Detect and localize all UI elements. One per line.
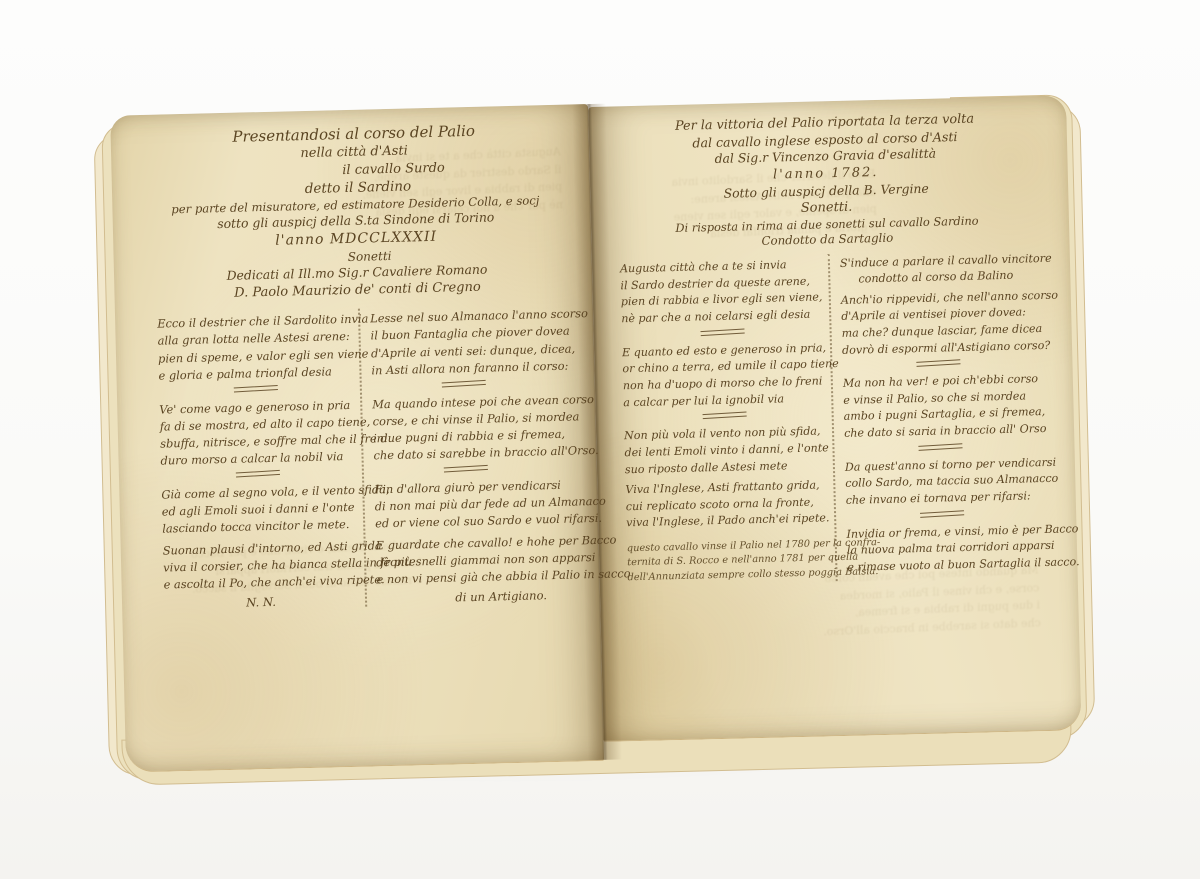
stanza: Lesse nel suo Almanaco l'anno scorsoil b… <box>370 306 556 379</box>
left-page-column-1: Ecco il destrier che il Sardolito inviaa… <box>155 309 365 611</box>
text-line: ed or viene col suo Sardo e vuol rifarsi… <box>375 511 559 533</box>
left-page-columns: Ecco il destrier che il Sardolito inviaa… <box>155 304 568 611</box>
stanza: Invidia or frema, e vinsi, mio è per Bac… <box>846 522 1038 577</box>
stanza-separator <box>700 328 744 336</box>
text-line: che dato si sarebbe in braccio all'Orso. <box>373 443 557 465</box>
text-line: nè par che a noi celarsi egli desia <box>621 306 822 328</box>
text-line: e non vi pensi già che abbia il Palio in… <box>376 567 560 589</box>
stanza: Fin d'allora giurò per vendicarsidi non … <box>374 477 559 533</box>
stanza: Non più vola il vento non più sfida,dei … <box>624 424 826 479</box>
left-page-column-2: Lesse nel suo Almanaco l'anno scorsoil b… <box>358 304 568 606</box>
text-line: condotto al corso da Balino <box>840 268 1031 289</box>
stanza-separator <box>702 412 746 420</box>
stanza: Ecco il destrier che il Sardolito inviaa… <box>157 311 353 384</box>
stanza-separator <box>919 510 963 518</box>
left-page-text: Presentandosi al corso del Palio nella c… <box>150 119 568 612</box>
stanza: Da quest'anno si torno per vendicarsicol… <box>845 455 1037 510</box>
text-line: lasciando tocca vincitor le mete. <box>162 516 356 538</box>
text-line: e ascolta il Po, che anch'ei viva ripete… <box>163 572 357 594</box>
right-page-text: Per la vittoria del Palio riportata la t… <box>614 109 1045 586</box>
text-line: viva l'Inglese, il Pado anch'ei ripete. <box>626 511 827 533</box>
stanza: E quanto ed esto e generoso in pria,or c… <box>622 340 825 411</box>
stanza: Ma quando intese poi che avean corsocors… <box>372 392 558 465</box>
stanza: Viva l'Inglese, Asti frattanto grida,cui… <box>625 478 827 533</box>
text-line: che dato si saria in braccio all' Orso <box>844 421 1035 442</box>
text-line: in Asti allora non faranno il corso: <box>371 358 555 380</box>
text-line: duro morso a calcar la nobil via <box>160 448 354 470</box>
stanza-separator <box>236 470 280 478</box>
stanza-separator <box>918 443 962 451</box>
stanza-separator <box>444 465 488 473</box>
stanza-separator <box>916 359 960 367</box>
open-manuscript-book: Augusta città che a te si inviail Sardo … <box>110 92 1078 771</box>
right-page-columns: Augusta città che a te si inviail Sardo … <box>618 249 1046 586</box>
text-line: che invano ei tornava per rifarsi: <box>846 488 1037 509</box>
stanza: E guardate che cavallo! e hohe per Bacco… <box>375 532 560 588</box>
stanza-separator <box>234 385 278 393</box>
column-header: S'induce a parlare il cavallo vincitorec… <box>840 251 1032 288</box>
manuscript-footnote: questo cavallo vinse il Palio nel 1780 p… <box>627 537 829 585</box>
stanza: Ma non ha ver! e poi ch'ebbi corsoe vins… <box>843 371 1036 442</box>
stanza-separator <box>442 380 486 388</box>
stanza: Augusta città che a te si inviail Sardo … <box>620 257 823 328</box>
stanza: Già come al segno vola, e il vento sfida… <box>161 482 356 538</box>
right-page-column-2: S'induce a parlare il cavallo vincitorec… <box>828 249 1046 580</box>
stanza: Anch'io rippevidi, che nell'anno scorsod… <box>841 288 1034 359</box>
stanza: Ve' come vago e generoso in priafa di se… <box>159 397 355 470</box>
photograph-background: Augusta città che a te si inviail Sardo … <box>0 0 1200 879</box>
stanza: Suonan plausi d'intorno, ed Asti gridavi… <box>163 537 358 593</box>
right-page-column-1: Augusta città che a te si inviail Sardo … <box>618 254 836 585</box>
text-line: e rimase vuoto al buon Sartaglia il sacc… <box>847 555 1038 576</box>
